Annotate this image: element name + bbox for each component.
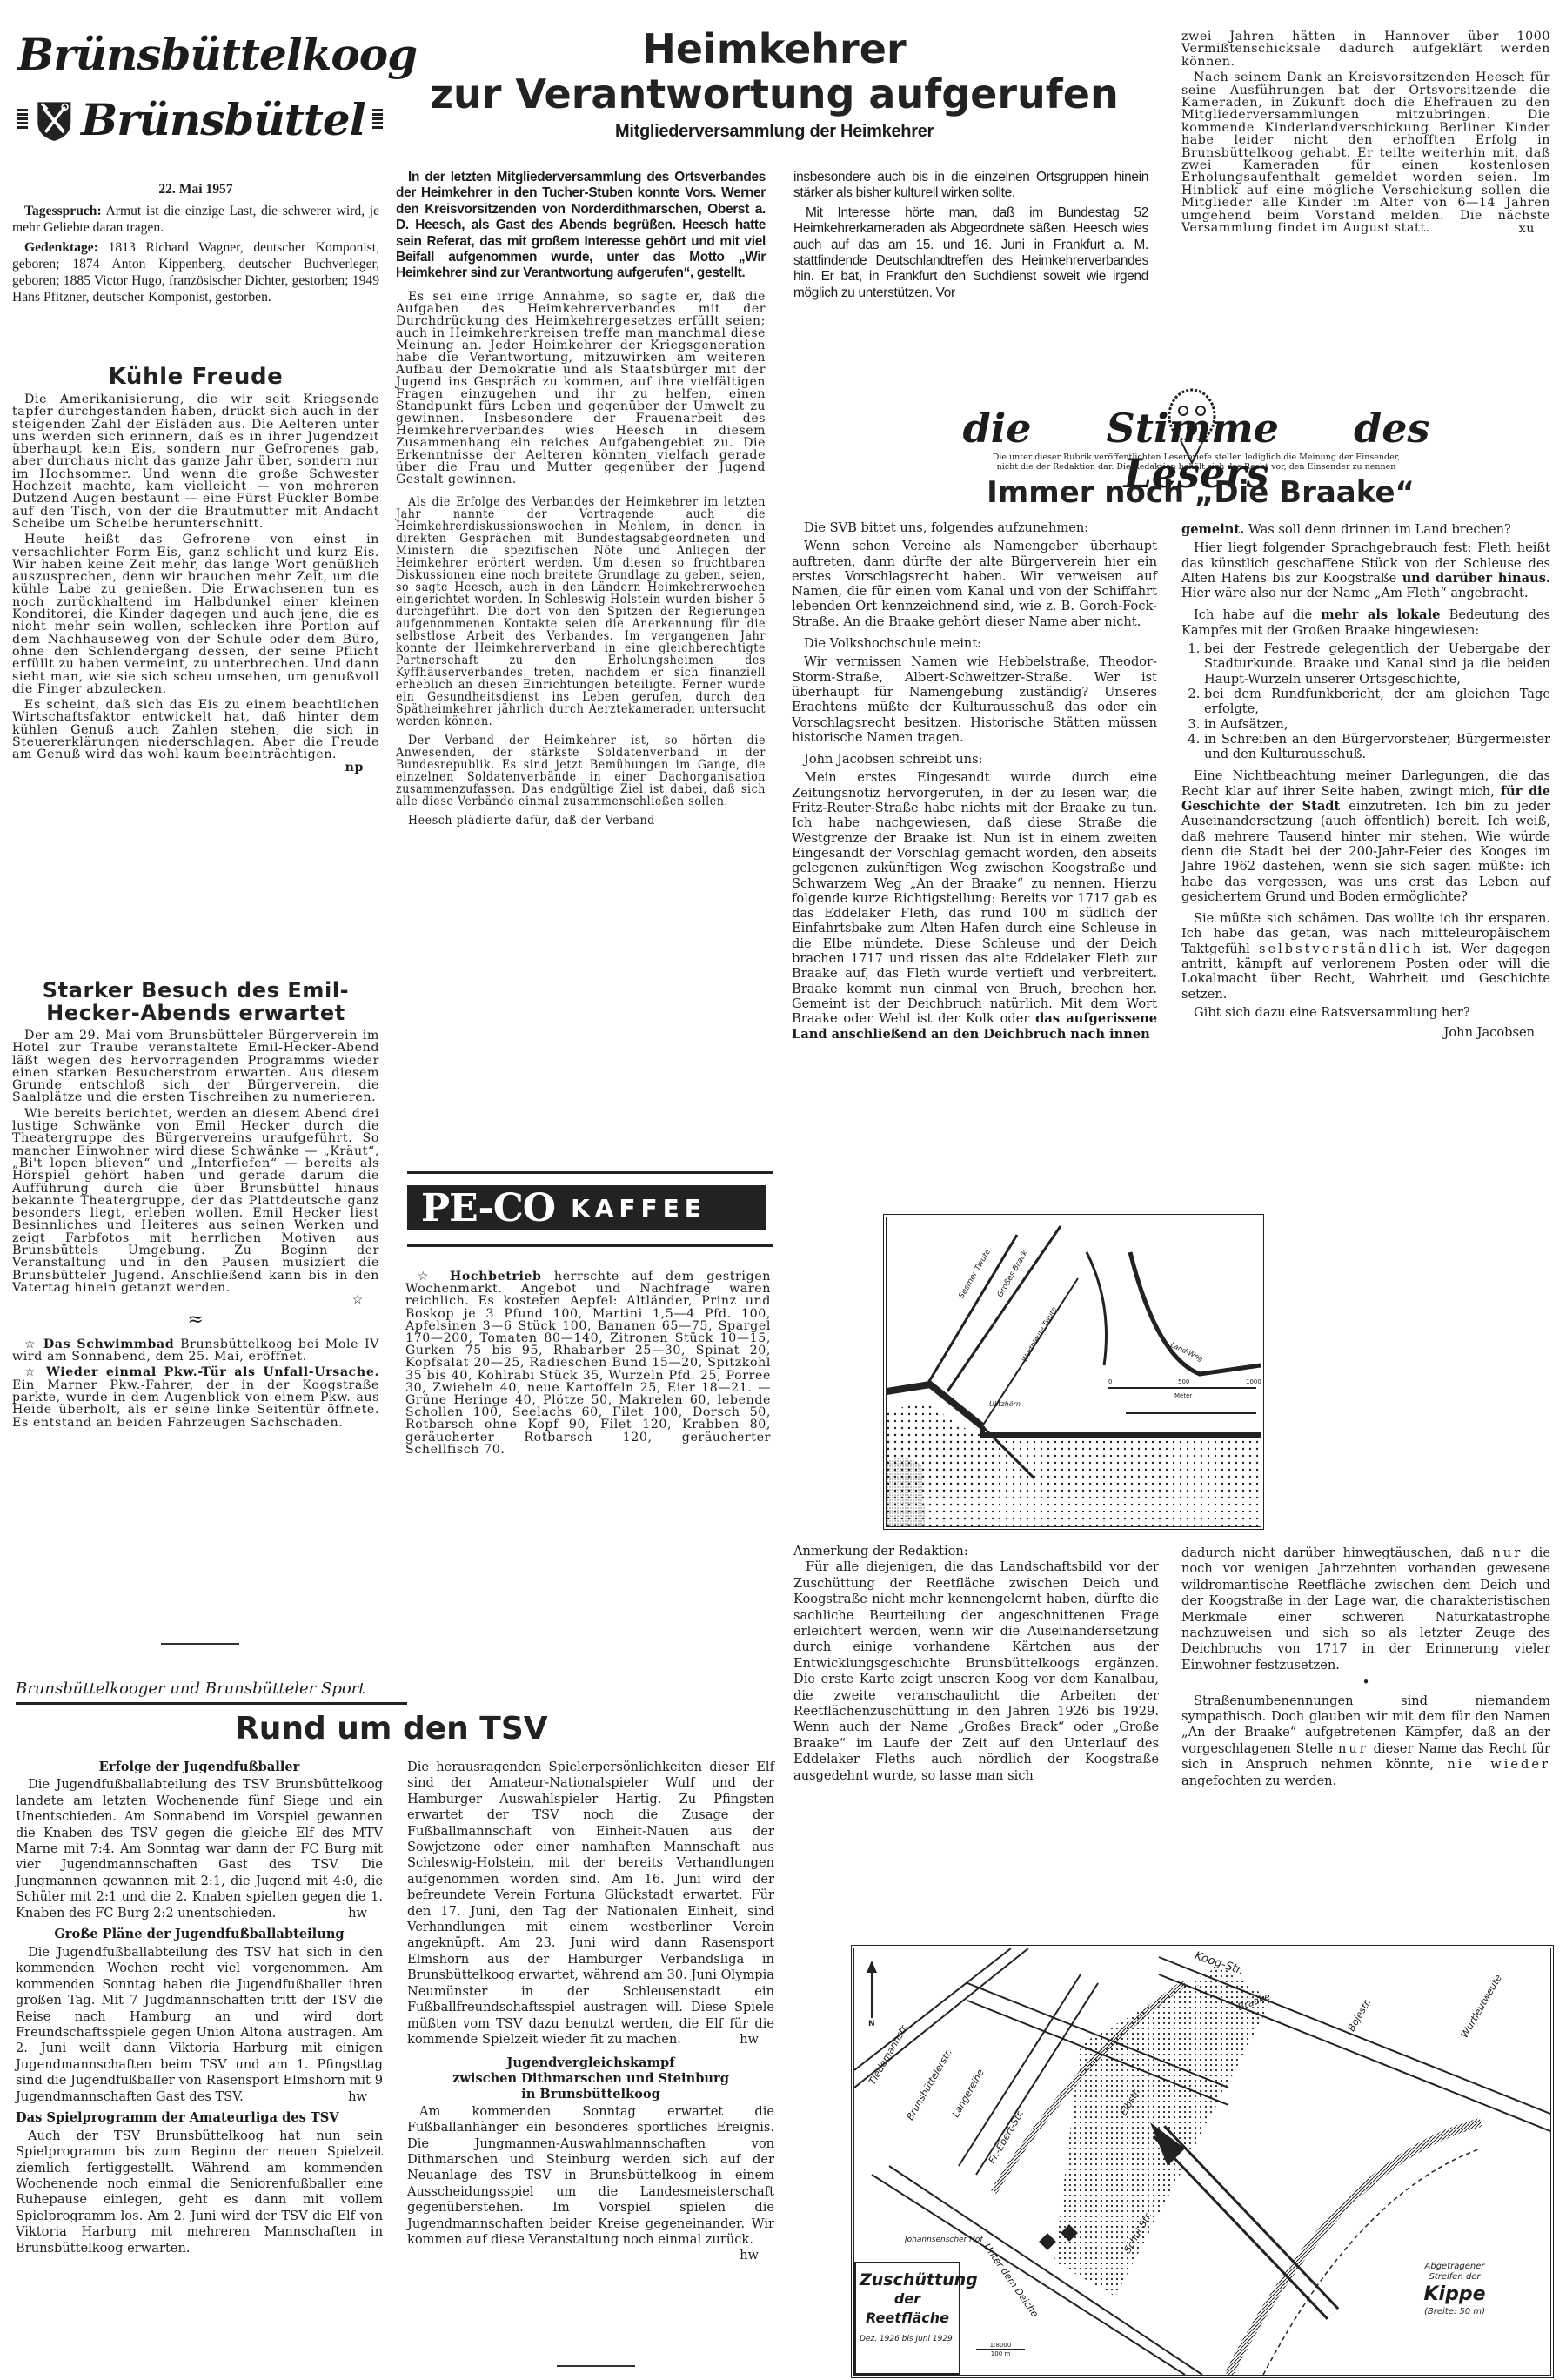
note-text: Für alle diejenigen, die das Landschafts… (793, 1559, 1159, 1784)
ad-product: KAFFEE (571, 1194, 706, 1223)
page-headline: Heimkehrer (391, 26, 1157, 71)
sport-article-text: Die Jugendfußballabteilung des TSV Bruns… (16, 1777, 383, 1921)
ad-rule-top (407, 1171, 773, 1174)
ad-brand: PE-CO (421, 1186, 555, 1230)
letter-text: Wir vermissen Namen wie Hebbelstraße, Th… (792, 654, 1157, 745)
sport-article-text: Auch der TSV Brunsbüttelkoog hat nun sei… (16, 2129, 383, 2256)
article-kuehle-freude: Kühle Freude Die Amerikanisierung, die w… (12, 364, 379, 774)
letter-signature: John Jacobsen (1181, 1025, 1550, 1040)
letter-intro: John Jacobsen schreibt uns: (792, 752, 1157, 767)
letter-text: Wenn schon Vereine als Namengeber überha… (792, 539, 1157, 629)
leser-column-2: gemeint. Was soll denn drinnen im Land b… (1181, 522, 1550, 1041)
redaktion-column-1: Anmerkung der Redaktion: Für alle diejen… (793, 1544, 1159, 1784)
sport-article-text: Die Jugendfußballabteilung des TSV hat s… (16, 1945, 383, 2105)
article-paragraph: Wie bereits berichtet, werden an diesem … (12, 1108, 379, 1294)
article-paragraph: Die Amerikanisierung, die wir seit Krieg… (12, 393, 379, 530)
map-label: Ulitzhörn (989, 1400, 1021, 1408)
peco-kaffee-advertisement[interactable]: PE-CO KAFFEE (407, 1185, 766, 1230)
list-item: in Aufsätzen, (1204, 717, 1550, 732)
masthead-banner-left-icon (17, 109, 28, 131)
sport-article-title: Das Spielprogramm der Amateurliga des TS… (16, 2110, 383, 2126)
masthead: Brünsbüttelkoog Brünsbüttel (17, 30, 383, 159)
kippe-annotation: Abgetragener Streifen der Kippe (Breite:… (1407, 2262, 1502, 2316)
north-arrow-label: N (868, 2020, 875, 2028)
star-signature-icon: ☆ (12, 1294, 379, 1306)
map-title-line2: der Reetfläche (860, 2289, 955, 2328)
bullet-separator: • (1181, 1675, 1550, 1691)
numbered-list: bei der Festrede gelegentlich der Ueberg… (1181, 641, 1550, 761)
letter-intro: Die Volkshochschule meint: (792, 636, 1157, 651)
masthead-info: 22. Mai 1957 Tagesspruch: Armut ist die … (12, 181, 379, 305)
notice-item: ☆ Das Schwimmbad Brunsbüttelkoog bei Mol… (12, 1338, 379, 1364)
notice-item: ☆ Wieder einmal Pkw.-Tür als Unfall-Ursa… (12, 1366, 379, 1428)
heimkehrer-column-3: zwei Jahren hätten in Hannover über 1000… (1181, 30, 1550, 235)
article-paragraph: Es sei eine irrige Annahme, so sagte er,… (396, 291, 766, 486)
sport-column-2: Die herausragenden Spielerpersönlichkeit… (407, 1760, 774, 2264)
map-title: Zuschüttung (860, 2270, 955, 2289)
heimkehrer-column-1: In der letzten Mitgliederversammlung des… (396, 170, 766, 827)
sport-section-header: Brunsbüttelkooger und Brunsbütteler Spor… (16, 1679, 398, 1698)
article-paragraph: Heesch plädierte dafür, daß der Verband (396, 815, 766, 827)
article-paragraph: Als die Erfolge des Verbandes der Heimke… (396, 496, 766, 727)
article-signature: hw (407, 2248, 774, 2263)
note-heading: Anmerkung der Redaktion: (793, 1544, 1159, 1559)
letter-text: Mein erstes Eingesandt wurde durch eine … (792, 770, 1157, 1041)
divider (557, 2365, 635, 2367)
article-paragraph: Der Verband der Heimkehrer ist, so hörte… (396, 734, 766, 808)
wave-separator-icon: ≈ (12, 1314, 379, 1326)
list-item: bei der Festrede gelegentlich der Ueberg… (1204, 641, 1550, 687)
masthead-title-line1: Brünsbüttelkoog (17, 30, 383, 79)
sport-section-rule (16, 1702, 407, 1705)
article-subtitle: Mitgliederversammlung der Heimkehrer (391, 122, 1157, 142)
article-paragraph: Mit Interesse hörte man, daß im Bundesta… (793, 205, 1148, 301)
sport-article-title: Große Pläne der Jugendfußballabteilung (16, 1927, 383, 1942)
coat-of-arms-icon (35, 81, 74, 159)
map-scale: 1:8000 100 m (976, 2342, 1025, 2357)
heimkehrer-column-2: insbesondere auch bis in die einzelnen O… (793, 170, 1148, 301)
map-title-box: Zuschüttung der Reetfläche Dez. 1926 bis… (854, 2262, 960, 2375)
sport-column-1: Erfolge der Jugendfußballer Die Jugendfu… (16, 1760, 383, 2256)
heimkehrer-header: Heimkehrer zur Verantwortung aufgerufen … (391, 26, 1157, 142)
list-item: in Schreiben an den Bürgervorsteher, Bür… (1204, 732, 1550, 762)
article-headline: Kühle Freude (12, 364, 379, 390)
map-street-label: Johannsenscher Hof (905, 2236, 983, 2244)
article-wochenmarkt: ☆ Hochbetrieb herrschte auf dem gestrige… (405, 1270, 771, 1456)
zuschuettung-map: N Koog-Str. Braake Bojestr. Wurtleutweut… (851, 1945, 1554, 2378)
leser-column-1: Die SVB bittet uns, folgendes aufzunehme… (792, 520, 1157, 1042)
article-paragraph: zwei Jahren hätten in Hannover über 1000… (1181, 30, 1550, 68)
historic-koog-map-drawing (887, 1217, 1261, 1526)
sport-article-title: Jugendvergleichskampf zwischen Dithmarsc… (407, 2055, 774, 2102)
divider (161, 1643, 239, 1645)
map-scale-bar: 0 500 1000 Meter (1108, 1387, 1256, 1389)
map-dates: Dez. 1926 bis Juni 1929 (860, 2335, 955, 2343)
article-signature: np (12, 761, 379, 774)
article-paragraph: Der am 29. Mai vom Brunsbütteler Bürgerv… (12, 1029, 379, 1104)
ad-rule-bottom (407, 1244, 773, 1247)
article-lead: In der letzten Mitgliederversammlung des… (396, 170, 766, 282)
leser-headline: Immer noch „Die Braake“ (940, 475, 1462, 510)
sport-article-continuation: Die herausragenden Spielerpersönlichkeit… (407, 1760, 774, 2048)
tagesspruch-label: Tagesspruch: (24, 204, 102, 218)
letter-intro: Die SVB bittet uns, folgendes aufzunehme… (792, 520, 1157, 535)
article-paragraph: Es scheint, daß sich das Eis zu einem be… (12, 699, 379, 761)
gedenktage-label: Gedenktage: (24, 240, 98, 255)
article-paragraph: insbesondere auch bis in die einzelnen O… (793, 170, 1148, 202)
sport-article-text: Am kommenden Sonntag erwartet die Fußbal… (407, 2104, 774, 2249)
article-paragraph: Heute heißt das Gefrorene von einst in v… (12, 533, 379, 695)
redaktion-column-2: dadurch nicht darüber hinwegtäuschen, da… (1181, 1545, 1550, 1789)
page-headline-line2: zur Verantwortung aufgerufen (391, 71, 1157, 117)
article-paragraph: Nach seinem Dank an Kreisvorsitzenden He… (1181, 71, 1550, 234)
wochenmarkt-text: herrschte auf dem gestrigen Wochenmarkt.… (405, 1270, 771, 1457)
masthead-title-line2: Brünsbüttel (81, 96, 365, 144)
issue-date: 22. Mai 1957 (12, 181, 379, 198)
historic-koog-map: Sesmer Twute Großes Brack Wurthleute Twu… (883, 1214, 1264, 1530)
list-item: bei dem Rundfunkbericht, der am gleichen… (1204, 687, 1550, 717)
sport-headline: Rund um den TSV (174, 1711, 652, 1747)
article-emil-hecker: Starker Besuch des Emil-Hecker-Abends er… (12, 979, 379, 1429)
sport-article-title: Erfolge der Jugendfußballer (16, 1760, 383, 1775)
article-headline: Starker Besuch des Emil-Hecker-Abends er… (12, 979, 379, 1024)
masthead-banner-right-icon (372, 109, 383, 131)
leser-disclaimer: Die unter dieser Rubrik veröffentlichten… (944, 453, 1449, 472)
